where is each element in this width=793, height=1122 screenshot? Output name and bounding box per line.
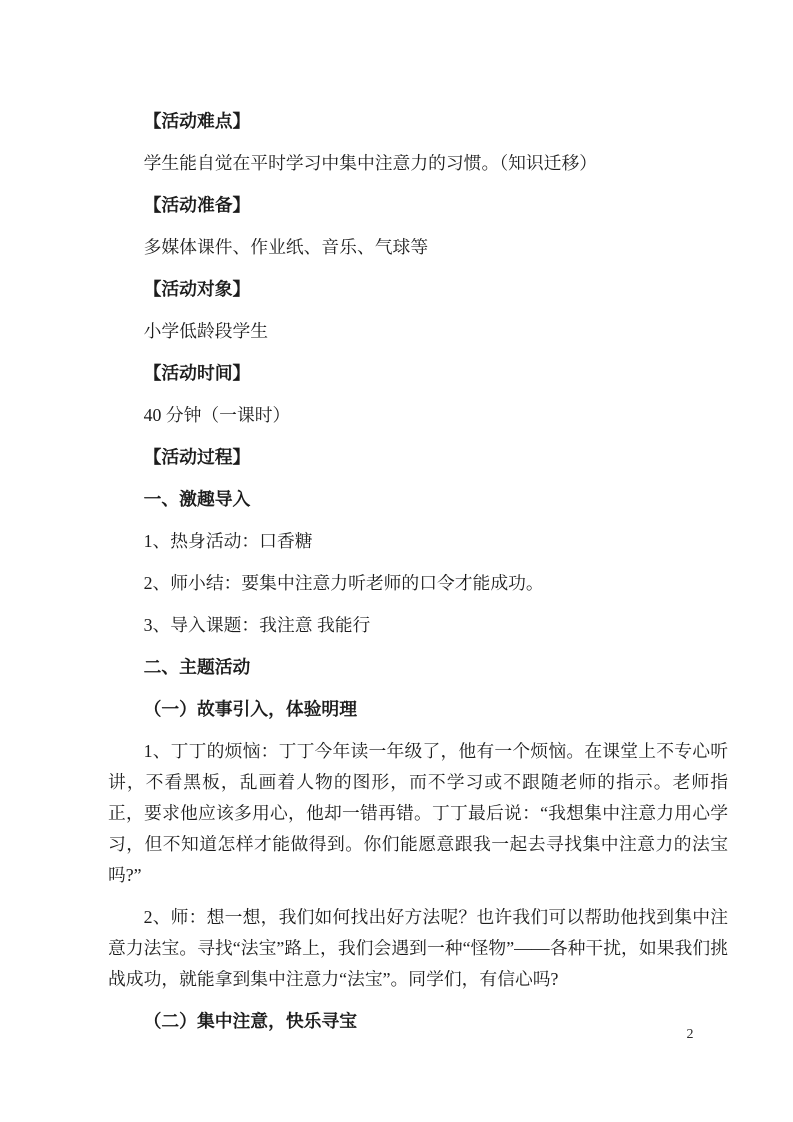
text-activity-audience: 小学低龄段学生 [108, 316, 728, 347]
heading-activity-difficulty: 【活动难点】 [108, 106, 728, 137]
subheading-story-introduction: （一）故事引入，体验明理 [108, 694, 728, 725]
subheading-treasure-hunt: （二）集中注意，快乐寻宝 [108, 1006, 728, 1037]
text-activity-difficulty: 学生能自觉在平时学习中集中注意力的习惯。（知识迁移） [108, 148, 728, 179]
document-content: 【活动难点】 学生能自觉在平时学习中集中注意力的习惯。（知识迁移） 【活动准备】… [108, 106, 728, 1048]
para-teacher-question: 2、师：想一想，我们如何找出好方法呢？也许我们可以帮助他找到集中注意力法宝。寻找… [108, 902, 728, 995]
item-teacher-summary: 2、师小结：要集中注意力听老师的口令才能成功。 [108, 568, 728, 599]
page-number: 2 [678, 1026, 702, 1044]
heading-activity-preparation: 【活动准备】 [108, 190, 728, 221]
item-warmup-activity: 1、热身活动：口香糖 [108, 526, 728, 557]
heading-activity-audience: 【活动对象】 [108, 274, 728, 305]
para-dingding-story: 1、丁丁的烦恼：丁丁今年读一年级了，他有一个烦恼。在课堂上不专心听讲，不看黑板，… [108, 736, 728, 891]
item-lesson-topic-intro: 3、导入课题：我注意 我能行 [108, 610, 728, 641]
subheading-part-one-intro: 一、激趣导入 [108, 484, 728, 515]
heading-activity-process: 【活动过程】 [108, 442, 728, 473]
text-activity-time: 40 分钟（一课时） [108, 400, 728, 431]
subheading-part-two-theme: 二、主题活动 [108, 652, 728, 683]
document-page: 【活动难点】 学生能自觉在平时学习中集中注意力的习惯。（知识迁移） 【活动准备】… [0, 0, 793, 1122]
heading-activity-time: 【活动时间】 [108, 358, 728, 389]
text-activity-preparation: 多媒体课件、作业纸、音乐、气球等 [108, 232, 728, 263]
